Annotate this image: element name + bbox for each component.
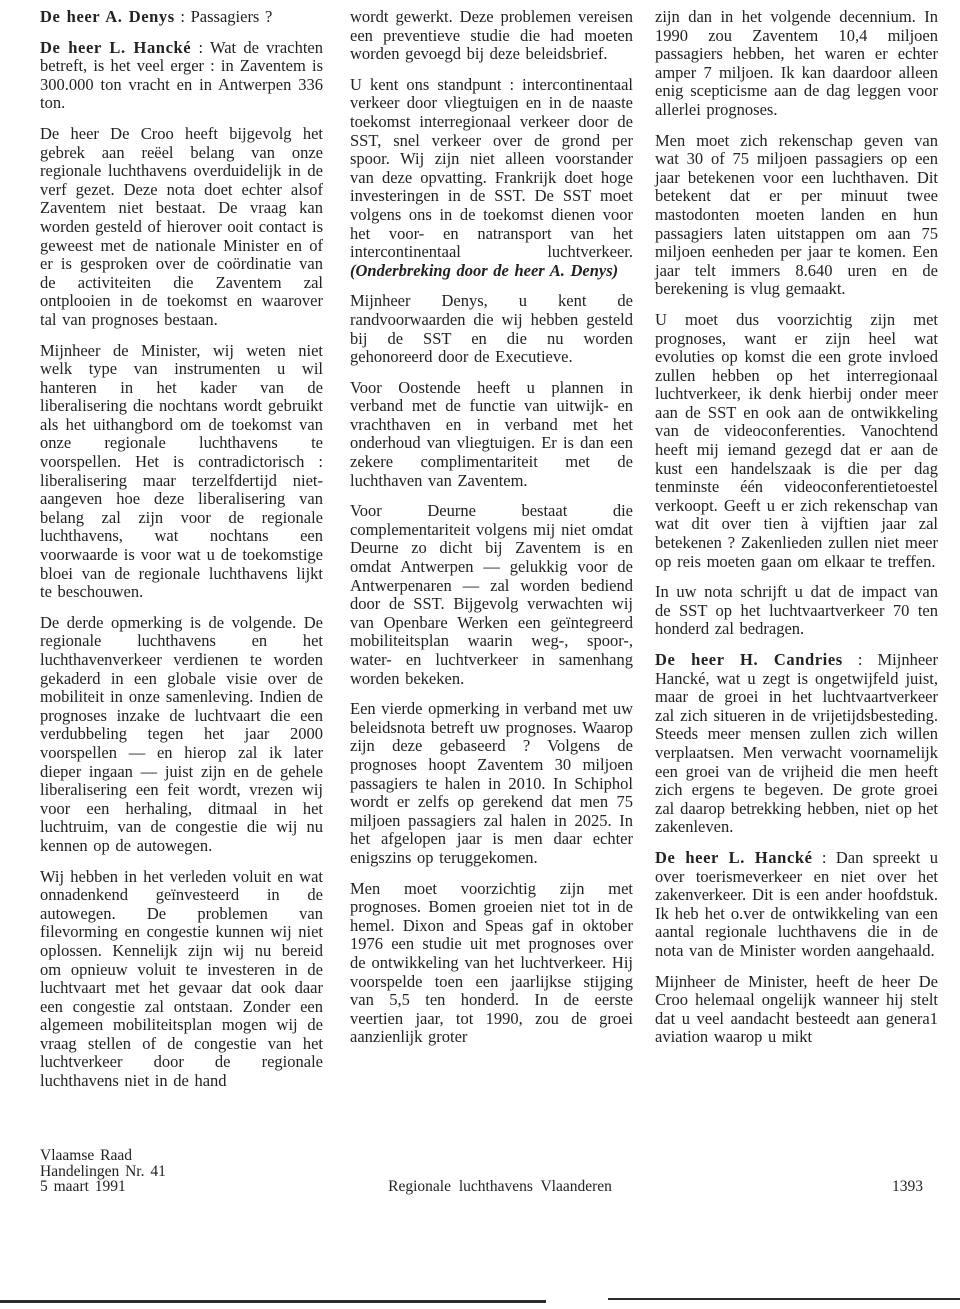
bottom-rule-right-segment [608,1298,960,1300]
paragraph: De heer A. Denys : Passagiers ? [40,8,323,27]
paragraph: Mijnheer de Minister, heeft de heer De C… [655,973,938,1047]
footer-page-number: 1393 [892,1178,923,1196]
footer-publication-name: Vlaamse Raad [40,1148,166,1164]
paragraph: Men moet voorzichtig zijn met prognoses.… [350,880,633,1047]
paragraph: wordt gewerkt. Deze problemen vereisen e… [350,8,633,64]
paragraph: zijn dan in het volgende decennium. In 1… [655,8,938,120]
bottom-rule-left-segment [0,1300,546,1303]
paragraph: Mijnheer de Minister, wij weten niet wel… [40,342,323,602]
footer-running-title: Regionale luchthavens Vlaanderen [40,1178,960,1196]
column-center: wordt gewerkt. Deze problemen vereisen e… [350,8,633,1140]
paragraph: De heer De Croo heeft bijgevolg het gebr… [40,125,323,330]
paragraph: De heer L. Hancké : Dan spreekt u over t… [655,849,938,961]
speaker-name: De heer L. Hancké [40,38,191,57]
paragraph: U kent ons standpunt : intercontinentaal… [350,76,633,281]
paragraph: In uw nota schrijft u dat de impact van … [655,583,938,639]
paragraph: Voor Deurne bestaat die complementaritei… [350,502,633,688]
speaker-name: De heer A. Denys [40,8,175,26]
footer-issue-number: Handelingen Nr. 41 [40,1164,166,1180]
paragraph: U moet dus voorzichtig zijn met prognose… [655,311,938,571]
text-columns: De heer A. Denys : Passagiers ?De heer L… [40,8,938,1140]
column-right: zijn dan in het volgende decennium. In 1… [655,8,938,1140]
paragraph: Men moet zich rekenschap geven van wat 3… [655,132,938,299]
paragraph: De derde opmerking is de volgende. De re… [40,614,323,856]
column-left: De heer A. Denys : Passagiers ?De heer L… [40,8,323,1140]
paragraph: De heer H. Candries : Mijnheer Hancké, w… [655,651,938,837]
speaker-name: De heer H. Candries [655,650,843,669]
paragraph: Wij hebben in het verleden voluit en wat… [40,868,323,1091]
paragraph: Een vierde opmerking in verband met uw b… [350,700,633,867]
paragraph: Mijnheer Denys, u kent de randvoorwaarde… [350,292,633,366]
stage-direction: (Onderbreking door de heer A. Denys) [350,261,618,280]
speaker-name: De heer L. Hancké [655,848,813,867]
document-page: De heer A. Denys : Passagiers ?De heer L… [0,0,960,1309]
paragraph: De heer L. Hancké : Wat de vrachten betr… [40,39,323,113]
paragraph: Voor Oostende heeft u plannen in verband… [350,379,633,491]
